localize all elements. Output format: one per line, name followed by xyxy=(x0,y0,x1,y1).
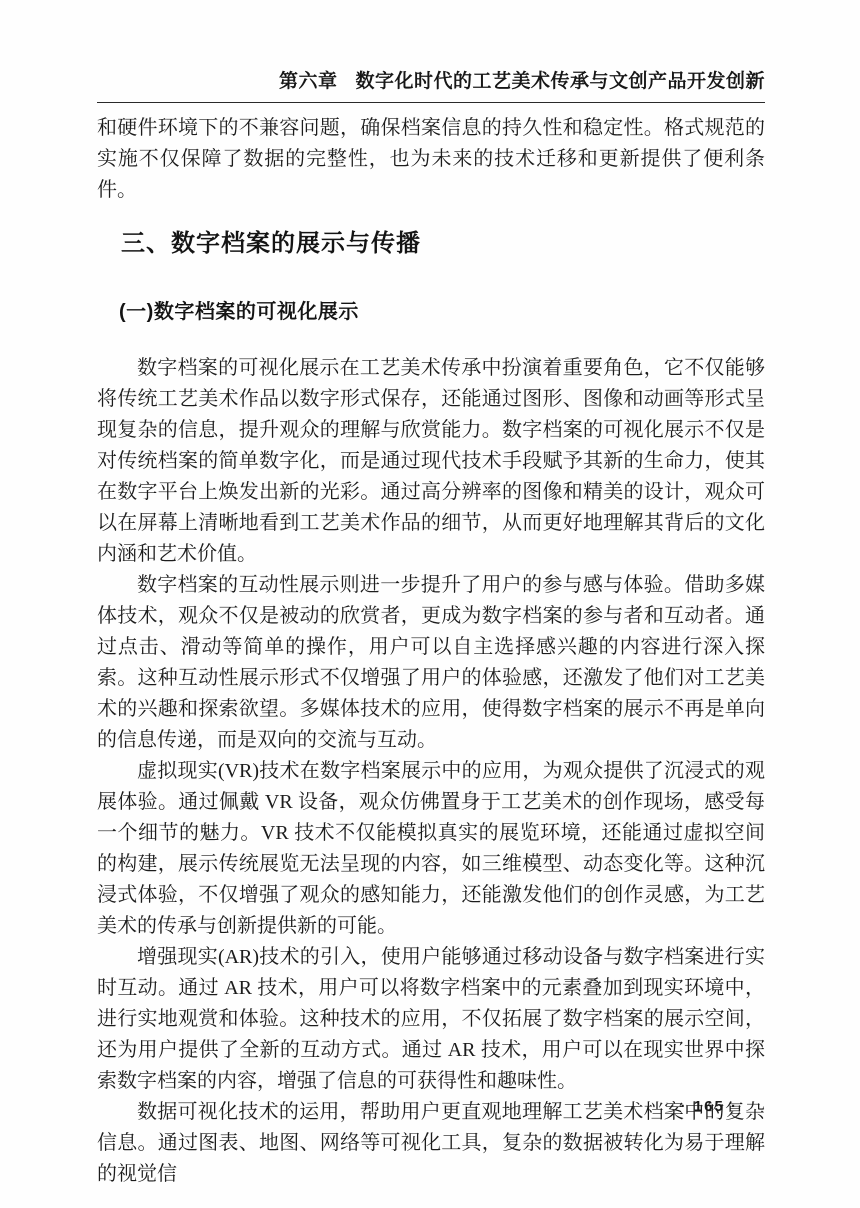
chapter-title: 数字化时代的工艺美术传承与文创产品开发创新 xyxy=(355,71,765,92)
page-number: · 165 · xyxy=(681,1098,738,1115)
body-paragraphs: 数字档案的可视化展示在工艺美术传承中扮演着重要角色，它不仅能够将传统工艺美术作品… xyxy=(97,353,765,1190)
paragraph-vr: 虚拟现实(VR)技术在数字档案展示中的应用，为观众提供了沉浸式的观展体验。通过佩… xyxy=(97,756,765,942)
running-header: 第六章数字化时代的工艺美术传承与文创产品开发创新 xyxy=(97,70,765,94)
paragraph-interactivity: 数字档案的互动性展示则进一步提升了用户的参与感与体验。借助多媒体技术，观众不仅是… xyxy=(97,570,765,756)
paragraph-visualization: 数字档案的可视化展示在工艺美术传承中扮演着重要角色，它不仅能够将传统工艺美术作品… xyxy=(97,353,765,570)
subsection-heading: (一)数字档案的可视化展示 xyxy=(119,299,765,325)
paragraph-ar: 增强现实(AR)技术的引入，使用户能够通过移动设备与数字档案进行实时互动。通过 … xyxy=(97,942,765,1097)
book-page: 第六章数字化时代的工艺美术传承与文创产品开发创新 和硬件环境下的不兼容问题，确保… xyxy=(0,0,860,1208)
chapter-label: 第六章 xyxy=(279,71,338,92)
paragraph-data-visualization: 数据可视化技术的运用，帮助用户更直观地理解工艺美术档案中的复杂信息。通过图表、地… xyxy=(97,1097,765,1190)
page-content: 第六章数字化时代的工艺美术传承与文创产品开发创新 和硬件环境下的不兼容问题，确保… xyxy=(97,70,765,1190)
continuation-paragraph: 和硬件环境下的不兼容问题，确保档案信息的持久性和稳定性。格式规范的实施不仅保障了… xyxy=(97,113,765,206)
section-heading: 三、数字档案的展示与传播 xyxy=(121,229,765,259)
header-rule xyxy=(97,102,765,103)
